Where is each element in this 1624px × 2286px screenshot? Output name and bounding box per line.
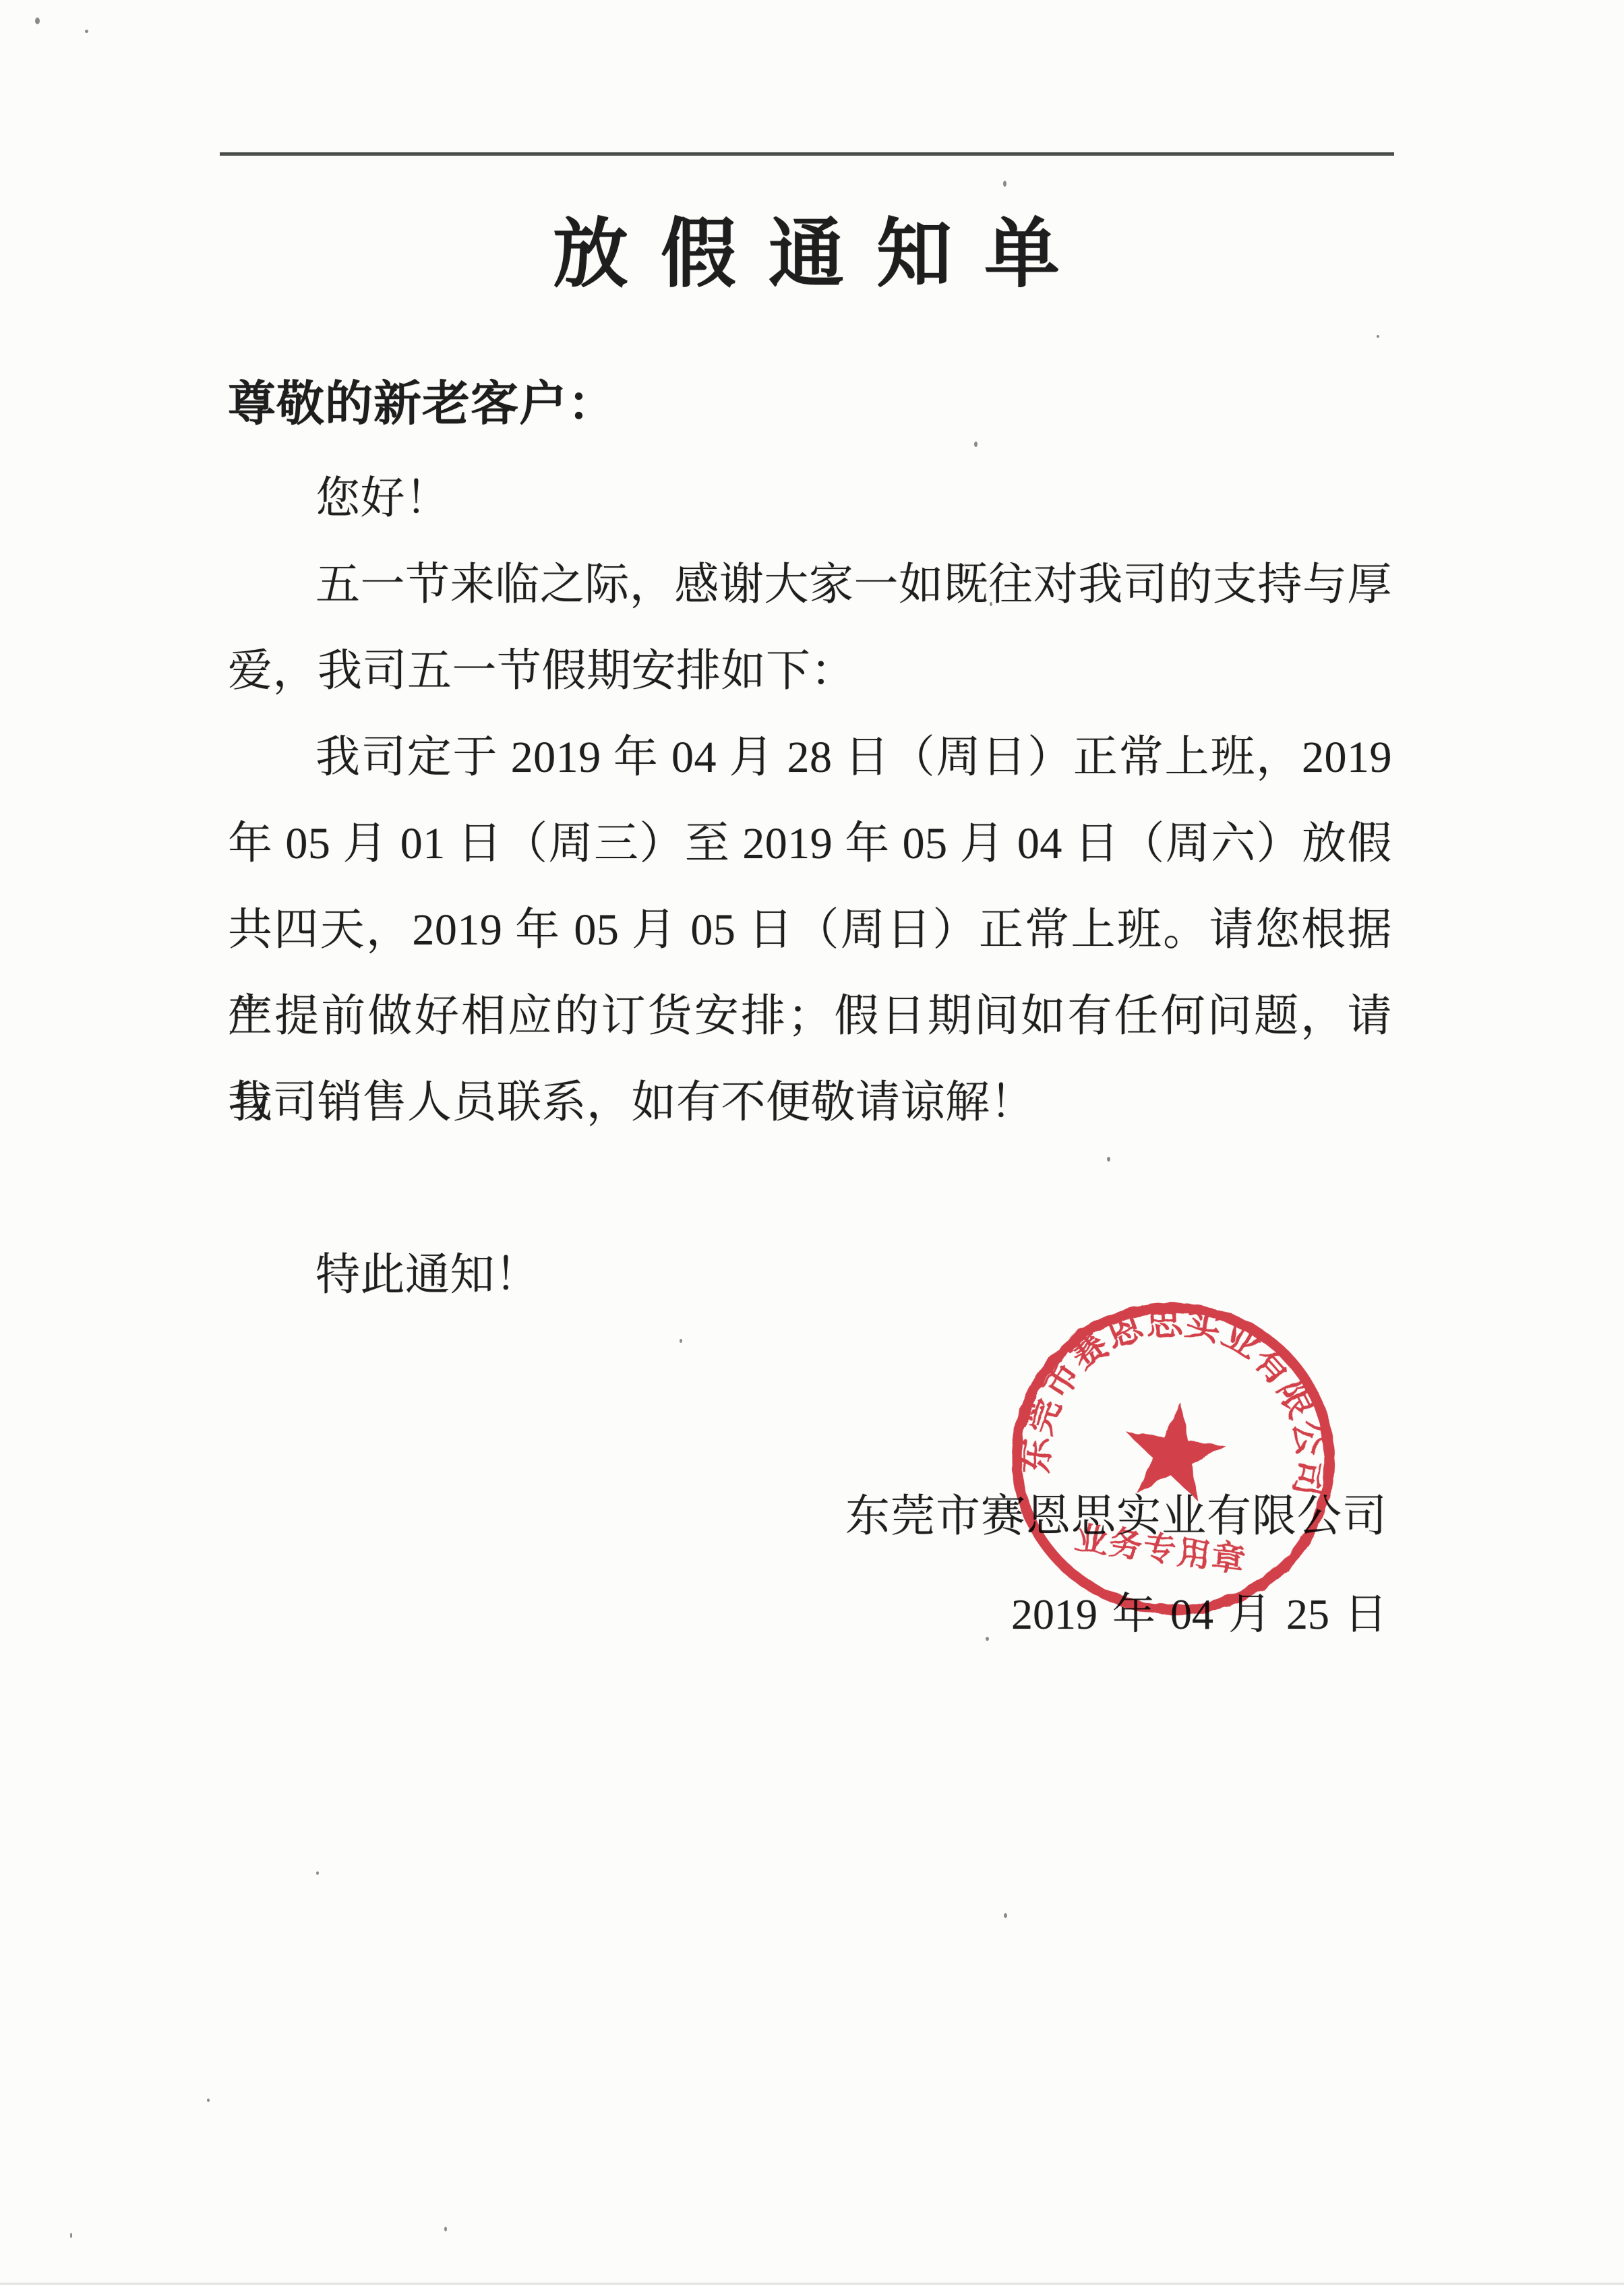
salutation: 尊敬的新老客户： — [228, 376, 616, 433]
scan-speck — [1377, 335, 1379, 338]
body-line: 五一节来临之际，感谢大家一如既往对我司的支持与厚 — [315, 542, 1392, 628]
page-title: 放 假 通 知 单 — [220, 202, 1394, 307]
scan-speck — [444, 2227, 447, 2231]
scan-speck — [1004, 1913, 1007, 1918]
scan-speck — [986, 1637, 989, 1641]
body-line: 我司定于 2019 年 04 月 28 日（周日）正常上班，2019 — [315, 715, 1392, 801]
scan-speck — [35, 18, 40, 24]
scan-speck — [1003, 181, 1006, 187]
seal-star-icon: ★ — [1106, 1373, 1242, 1534]
scan-speck — [974, 442, 978, 447]
scan-speck — [85, 30, 88, 33]
scan-speck — [1107, 1157, 1110, 1162]
body-line: 我司销售人员联系，如有不便敬请谅解！ — [228, 1060, 1035, 1146]
scan-speck — [70, 2233, 72, 2238]
body-line: 年 05 月 01 日（周三）至 2019 年 05 月 04 日（周六）放假 — [228, 801, 1392, 887]
body-line: 共四天，2019 年 05 月 05 日（周日）正常上班。请您根据生 — [228, 887, 1392, 973]
scan-speck — [207, 2099, 210, 2102]
scan-speck — [990, 602, 992, 606]
body-line: 产提前做好相应的订货安排；假日期间如有任何问题，请与 — [228, 973, 1392, 1060]
company-seal: 东莞市赛恩思实业有限公司 ★ 业务专用章 — [996, 1289, 1350, 1629]
scan-speck — [680, 1339, 682, 1343]
closing-line: 特此通知！ — [315, 1232, 540, 1319]
document-page: 放 假 通 知 单 尊敬的新老客户： 您好！ 五一节来临之际，感谢大家一如既往对… — [0, 0, 1624, 2286]
body-line: 爱，我司五一节假期安排如下： — [228, 628, 855, 715]
header-divider — [220, 152, 1394, 156]
scan-speck — [316, 1871, 319, 1875]
body-line: 您好！ — [315, 456, 450, 542]
scan-edge — [0, 2283, 1624, 2285]
